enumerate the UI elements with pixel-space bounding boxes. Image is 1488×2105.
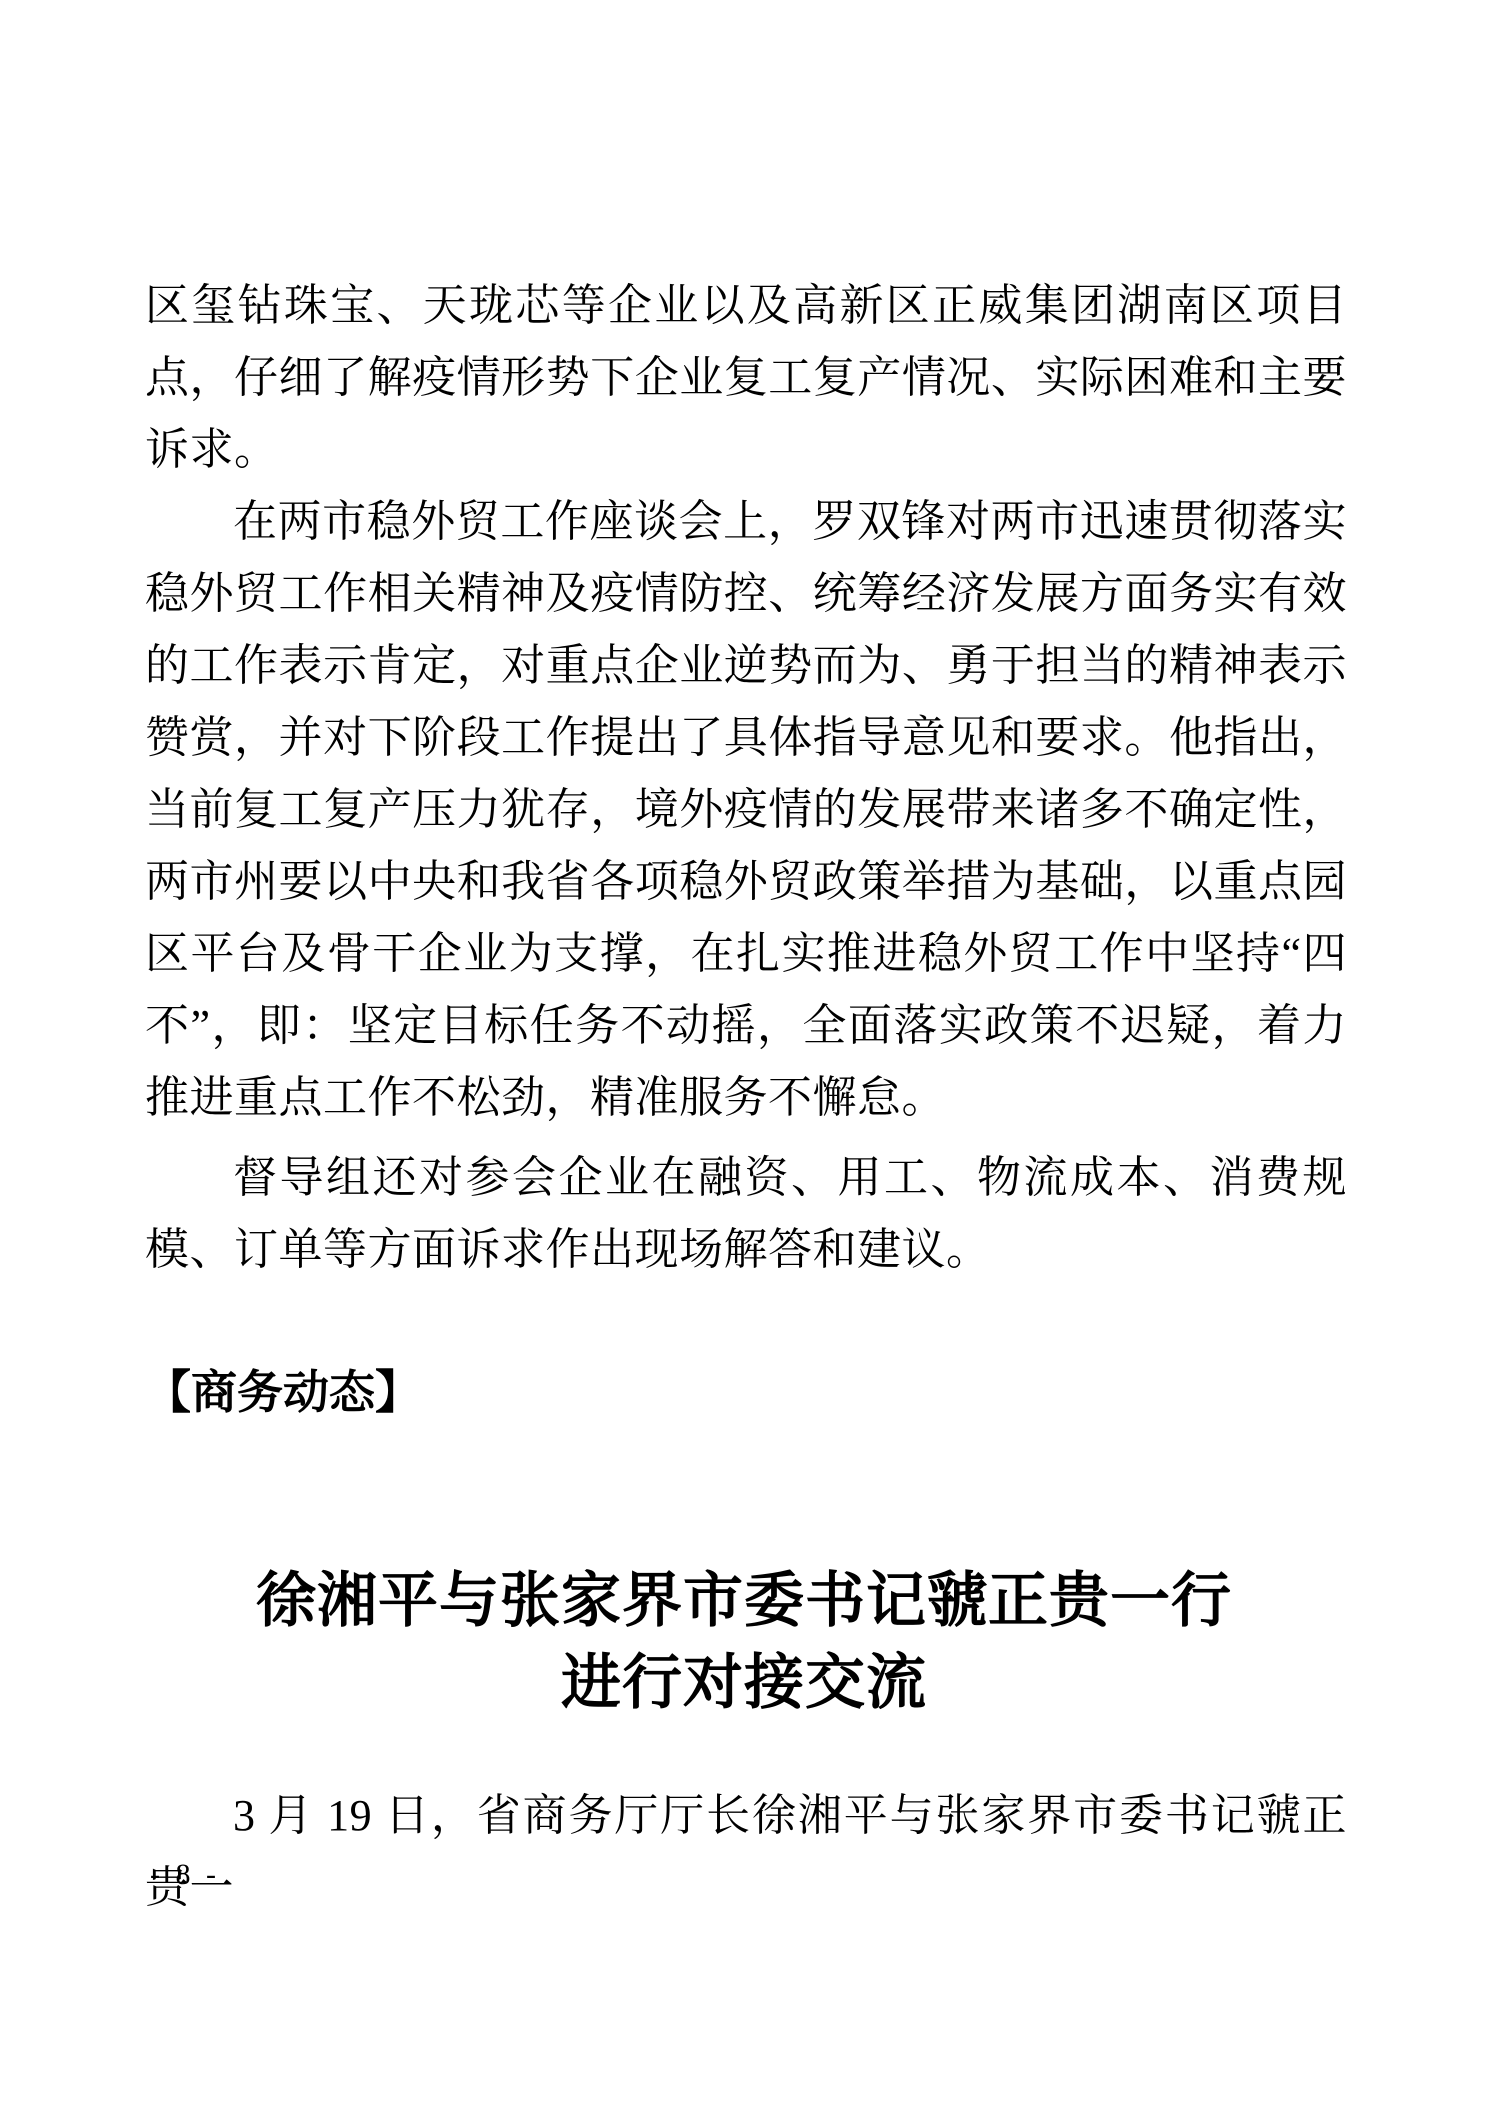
article-title-line1: 徐湘平与张家界市委书记虢正贵一行 [0, 1560, 1488, 1642]
paragraph-supervision-group: 督导组还对参会企业在融资、用工、物流成本、消费规模、订单等方面诉求作出现场解答和… [145, 1142, 1347, 1286]
section-header-commerce-news: 【商务动态】 [145, 1366, 421, 1418]
paragraph-continuation: 区玺钻珠宝、天珑芯等企业以及高新区正威集团湖南区项目点，仔细了解疫情形势下企业复… [145, 270, 1347, 486]
article-title: 徐湘平与张家界市委书记虢正贵一行 进行对接交流 [0, 1560, 1488, 1724]
page-number: - 8 - [150, 1858, 220, 1892]
document-page: 区玺钻珠宝、天珑芯等企业以及高新区正威集团湖南区项目点，仔细了解疫情形势下企业复… [0, 0, 1488, 2105]
paragraph-article-intro: 3 月 19 日，省商务厅厅长徐湘平与张家界市委书记虢正贵一 [145, 1780, 1347, 1924]
article-title-line2: 进行对接交流 [0, 1642, 1488, 1724]
article-body: 区玺钻珠宝、天珑芯等企业以及高新区正威集团湖南区项目点，仔细了解疫情形势下企业复… [145, 270, 1347, 1286]
paragraph-meeting-remarks: 在两市稳外贸工作座谈会上，罗双锋对两市迅速贯彻落实稳外贸工作相关精神及疫情防控、… [145, 486, 1347, 1134]
